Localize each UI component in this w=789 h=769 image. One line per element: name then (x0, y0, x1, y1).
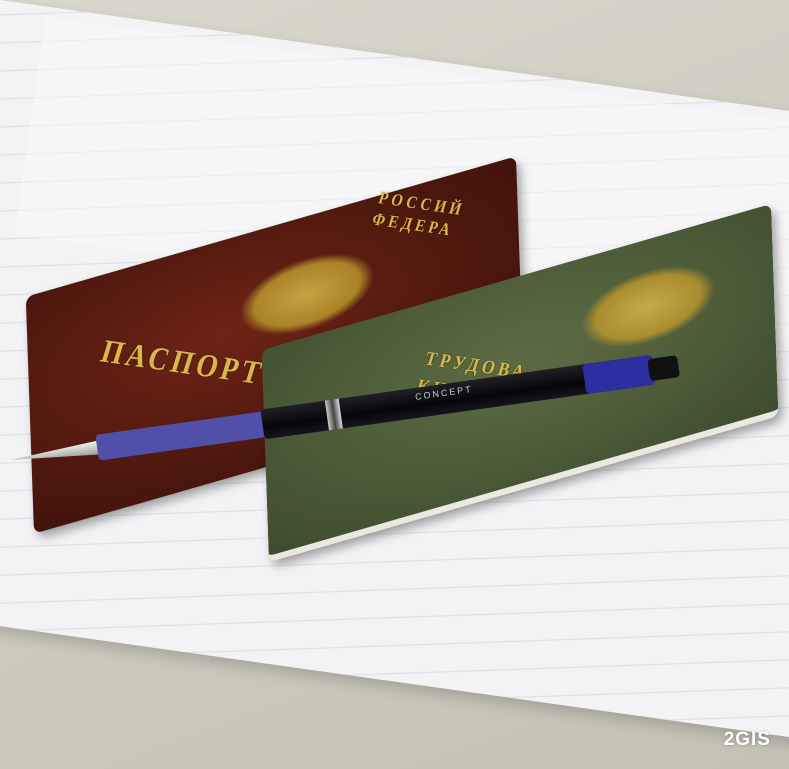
pen-cap (647, 355, 680, 381)
pen-tip (9, 441, 100, 467)
passport-country: РОССИЙ ФЕДЕРА (369, 188, 467, 243)
watermark-logo: 2GIS (724, 729, 771, 751)
coat-of-arms-icon (580, 251, 717, 362)
photo-scene: РОССИЙ ФЕДЕРА ПАСПОРТ ТРУДОВА КНИЖ CONCE… (0, 0, 789, 769)
passport-title: ПАСПОРТ (96, 334, 269, 393)
